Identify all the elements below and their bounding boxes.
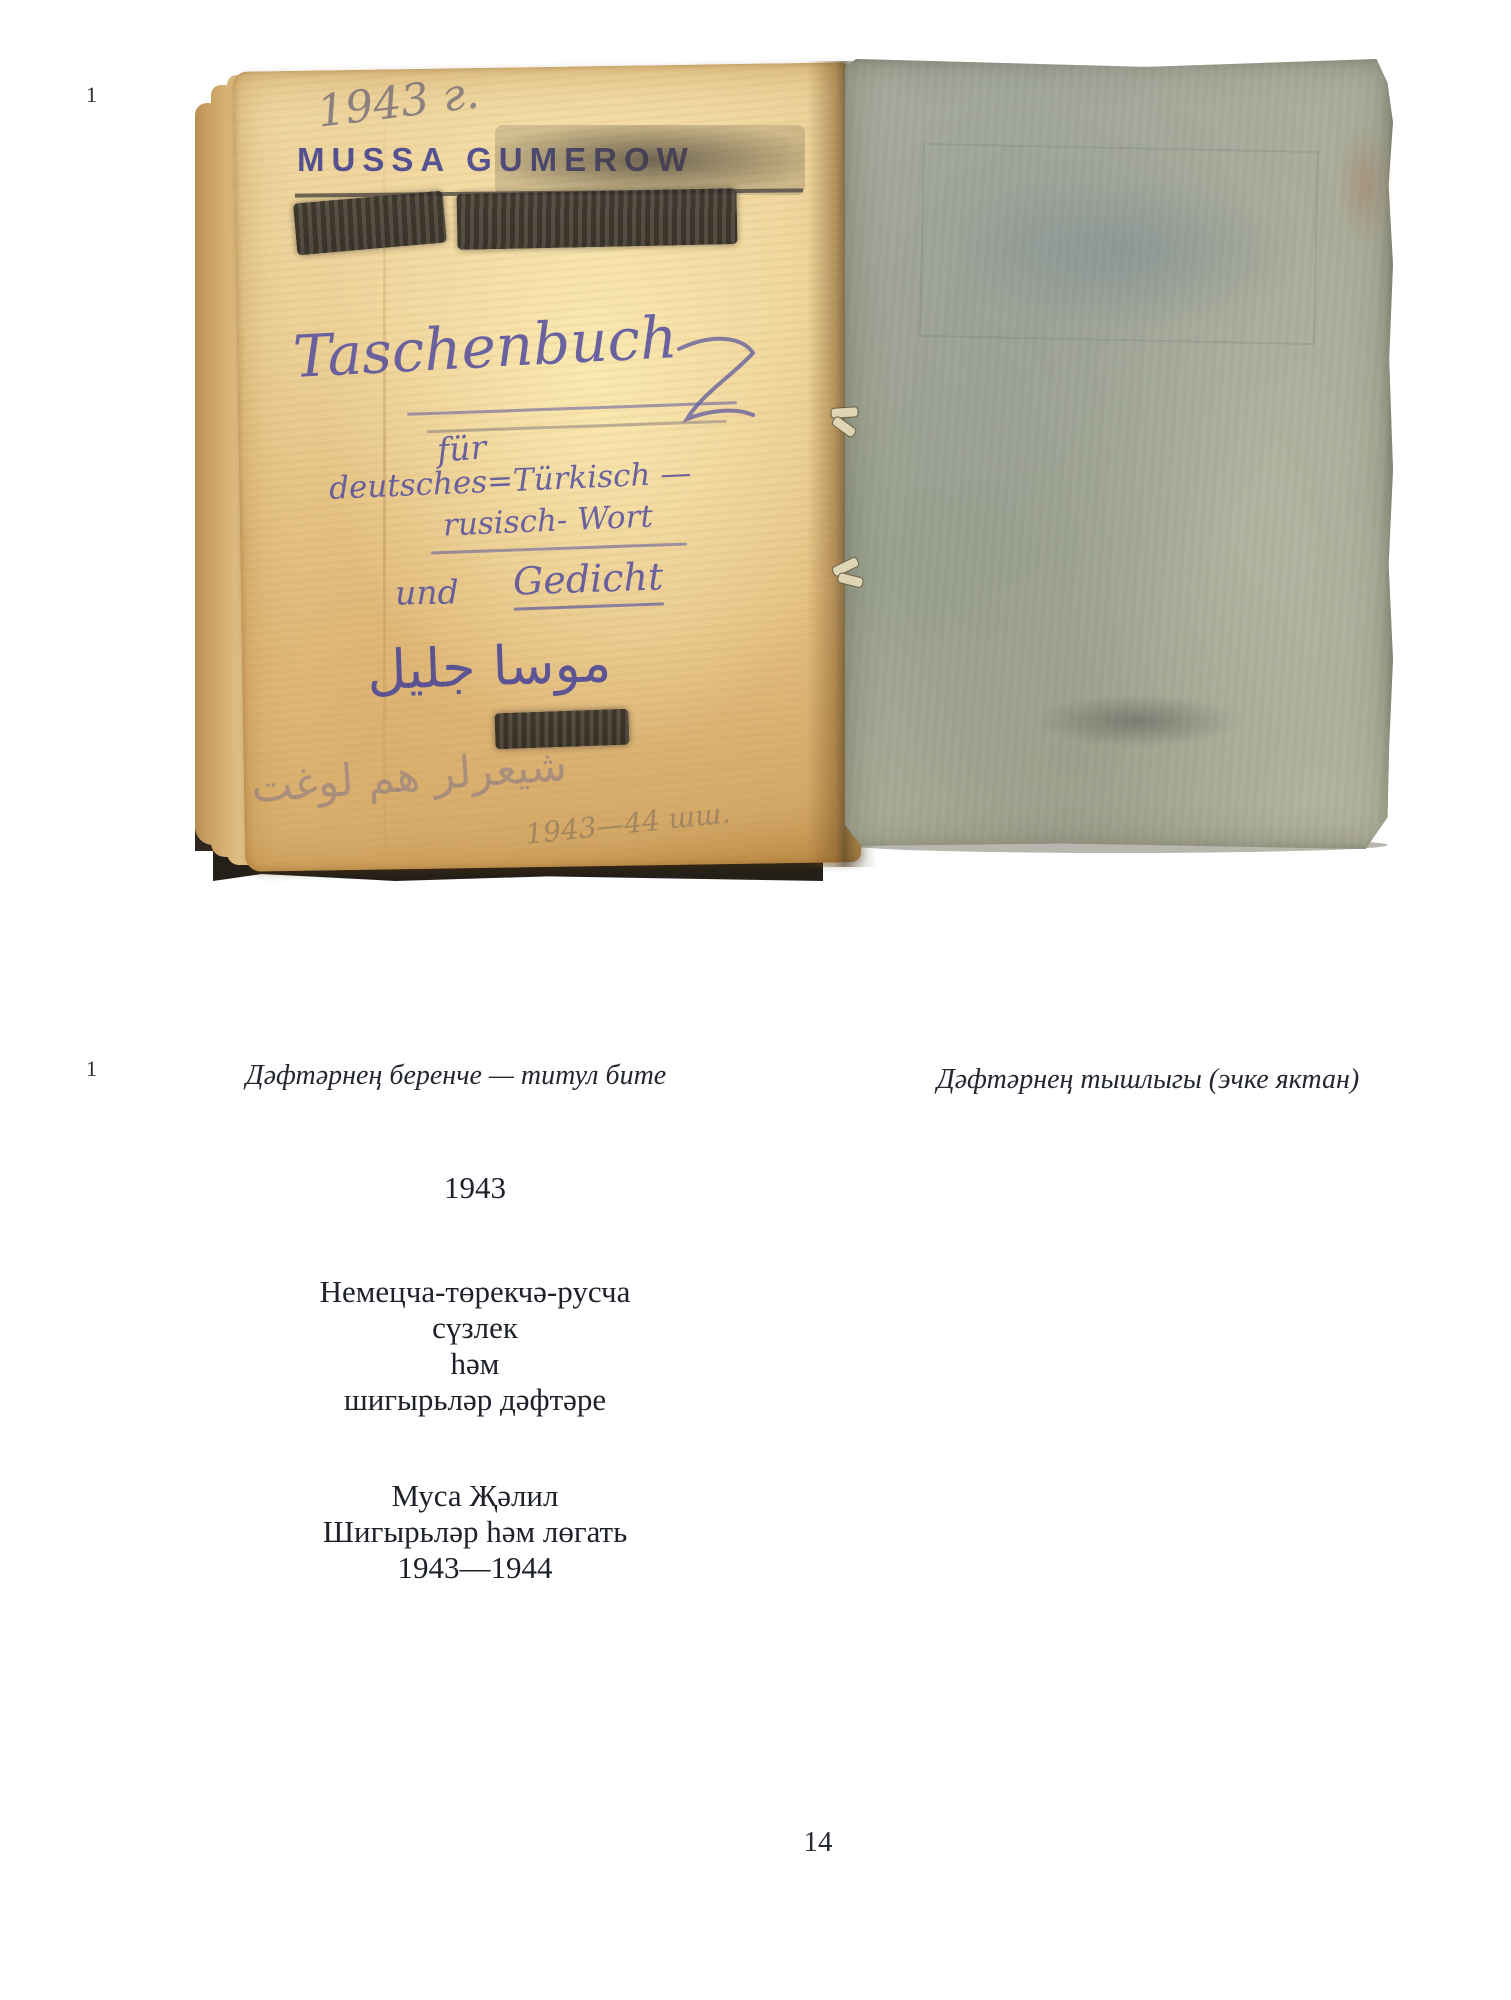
transcription-years: 1943—1944 xyxy=(175,1550,775,1586)
binding-thread xyxy=(828,555,867,599)
transcription-year-text: 1943 xyxy=(175,1170,775,1206)
transcription-year: 1943 xyxy=(175,1170,775,1206)
figure-number-top: 1 xyxy=(86,82,97,108)
notebook-photo: 1943 г. MUSSA GUMEROW Taschenbuch für de… xyxy=(195,55,1395,890)
transcription-line: һәм xyxy=(175,1346,775,1382)
transcription-subtitle: Шигырьләр һәм лөгать xyxy=(175,1514,775,1550)
transcription-author: Муса Җәлил xyxy=(175,1478,775,1514)
book-page-scan: { "figure": { "number_top": "1", "number… xyxy=(0,0,1511,2000)
figure-number-caption: 1 xyxy=(86,1056,97,1082)
page-number: 14 xyxy=(778,1826,858,1859)
handwritten-gedicht: Gedicht xyxy=(512,554,664,610)
cover-stain-smudge xyxy=(1037,695,1237,747)
transcription-line: Немецча-төрекчә-русча xyxy=(175,1274,775,1310)
transcription-line: шигырьләр дәфтәре xyxy=(175,1382,775,1418)
transcription-title-lines: Немецча-төрекчә-русча сүзлек һәм шигырьл… xyxy=(175,1274,775,1418)
caption-right: Дәфтәрнең тышлыгы (эчке яктан) xyxy=(878,1064,1418,1096)
handwritten-arabic-name: موسا جليل xyxy=(366,631,612,702)
transcription-line: сүзлек xyxy=(175,1310,775,1346)
title-flourish xyxy=(673,323,759,449)
pencil-scribble-block xyxy=(456,188,737,250)
cover-stain-blot xyxy=(963,179,1293,329)
transcription-author-block: Муса Җәлил Шигырьләр һәм лөгать 1943—194… xyxy=(175,1478,775,1586)
handwritten-und: und xyxy=(395,572,459,612)
cover-stain-rust xyxy=(1335,125,1395,245)
caption-left: Дәфтәрнең беренче — титул бите xyxy=(186,1060,726,1092)
pencil-smudge-over-stamp xyxy=(495,125,805,195)
